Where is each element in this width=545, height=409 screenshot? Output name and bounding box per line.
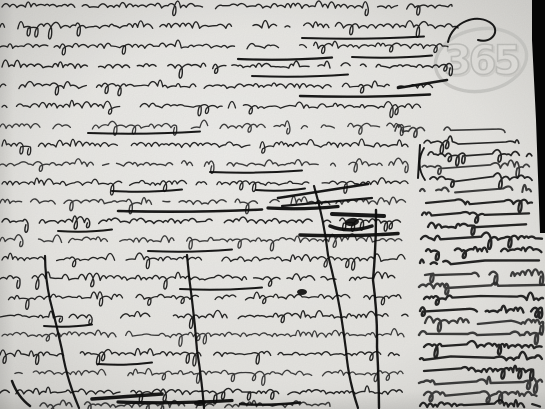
- page-edge-bar: [532, 0, 545, 233]
- channel-watermark-logo: 365 365: [430, 21, 531, 98]
- handwriting-layer: 365 365: [0, 0, 545, 409]
- marginalia-column: [395, 125, 545, 408]
- watermark-text: 365: [444, 38, 520, 84]
- crossout-strokes: [45, 186, 379, 408]
- main-handwriting-block: [0, 1, 458, 409]
- manuscript-photo: 365 365: [0, 0, 545, 409]
